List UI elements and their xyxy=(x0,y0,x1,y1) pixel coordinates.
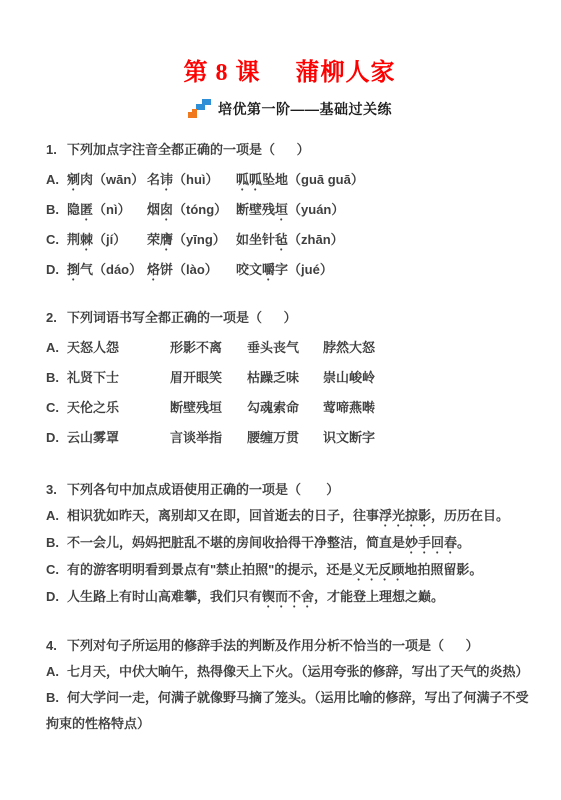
text-segment: 断壁残 xyxy=(236,202,275,217)
dotted-text: 浮光掠影 xyxy=(379,508,431,523)
option-item: 腰缠万贯 xyxy=(247,423,323,453)
text-segment: （jí） xyxy=(93,232,126,247)
text-segment: （tóng） xyxy=(173,202,227,217)
text-segment: 如坐针 xyxy=(236,232,275,247)
question-1: 1.下列加点字注音全都正确的一项是（ ）A.剜肉（wān）名讳（huì）呱呱坠地… xyxy=(46,135,533,285)
option-label: B. xyxy=(46,530,67,556)
option-row-b: B.不一会儿，妈妈把脏乱不堪的房间收拾得干净整洁，简直是妙手回春。 xyxy=(46,530,533,557)
option-label: D. xyxy=(46,255,67,285)
option-row-a: A.天怒人怨形影不离垂头丧气脖然大怒 xyxy=(46,333,533,363)
option-item: 天怒人怨 xyxy=(67,333,170,363)
dotted-text: 捯 xyxy=(67,262,80,277)
text-segment: （zhān） xyxy=(288,232,344,247)
questions: 1.下列加点字注音全都正确的一项是（ ）A.剜肉（wān）名讳（huì）呱呱坠地… xyxy=(46,135,533,737)
option-item: 剜肉（wān） xyxy=(67,165,147,195)
page: 第 8 课 蒲柳人家 培优第一阶——基础过关练 1.下列加点字注音全都正确的一项… xyxy=(0,0,561,800)
option-text: 七月天，中伏大晌午，热得像天上下火。（运用夸张的修辞，写出了天气的炎热） xyxy=(67,664,529,679)
text-segment: （huì） xyxy=(173,172,219,187)
lesson-title: 第 8 课 蒲柳人家 xyxy=(46,58,533,88)
question-stem-text: 下列词语书写全都正确的一项是（ ） xyxy=(67,310,297,325)
option-item: 荣膺（yīng） xyxy=(147,225,236,255)
option-row-c: C.荆棘（jí）荣膺（yīng）如坐针毡（zhān） xyxy=(46,225,533,255)
option-item: 天伦之乐 xyxy=(67,393,170,423)
option-row-a: A.相识犹如昨天，离别却又在即，回首逝去的日子，往事浮光掠影，历历在目。 xyxy=(46,503,533,530)
text-segment: （yīng） xyxy=(173,232,226,247)
dotted-text: 义无反顾 xyxy=(352,562,404,577)
option-item: 言谈举指 xyxy=(170,423,247,453)
dotted-text: 膺 xyxy=(160,232,173,247)
dotted-text: 垣 xyxy=(275,202,288,217)
option-item: 烙饼（lào） xyxy=(147,255,236,285)
option-item: 勾魂索命 xyxy=(247,393,323,423)
option-row-b: B.隐匿（nì）烟囱（tóng）断壁残垣（yuán） xyxy=(46,195,533,225)
question-stem: 3.下列各句中加点成语使用正确的一项是（ ） xyxy=(46,477,533,503)
option-item: 形影不离 xyxy=(170,333,247,363)
option-item: 名讳（huì） xyxy=(147,165,236,195)
question-stem-text: 下列加点字注音全都正确的一项是（ ） xyxy=(67,142,310,157)
option-item: 识文断字 xyxy=(323,423,375,453)
option-label: A. xyxy=(46,333,67,363)
text-segment: 隐 xyxy=(67,202,80,217)
text-segment: 荣 xyxy=(147,232,160,247)
text-segment: 枯躁乏味 xyxy=(247,370,299,385)
dotted-text: 锲而不舍 xyxy=(262,589,314,604)
text-segment: 眉开眼笑 xyxy=(170,370,222,385)
option-item: 枯躁乏味 xyxy=(247,363,323,393)
section-title: 培优第一阶——基础过关练 xyxy=(218,99,392,119)
option-label: C. xyxy=(46,557,67,583)
question-stem: 2.下列词语书写全都正确的一项是（ ） xyxy=(46,303,533,333)
option-row-d: D.云山雾罩言谈举指腰缠万贯识文断字 xyxy=(46,423,533,453)
text-segment: 断壁残垣 xyxy=(170,400,222,415)
text-segment: 天伦之乐 xyxy=(67,400,119,415)
text-segment: 字（jué） xyxy=(275,262,333,277)
option-label: B. xyxy=(46,685,67,711)
text-segment: 咬文 xyxy=(236,262,262,277)
steps-icon xyxy=(187,98,213,119)
option-row-a: A.七月天，中伏大晌午，热得像天上下火。（运用夸张的修辞，写出了天气的炎热） xyxy=(46,659,533,685)
text-segment: 坠地（guā guā） xyxy=(262,172,364,187)
text-segment: 识文断字 xyxy=(323,430,375,445)
steps-icon-orange-part xyxy=(188,109,197,118)
option-text: 人生路上有时山高难攀，我们只有锲而不舍，才能登上理想之巅。 xyxy=(67,589,444,604)
text-segment: 地拍照留影。 xyxy=(404,562,482,577)
text-segment: ，历历在目。 xyxy=(431,508,509,523)
dotted-text: 毡 xyxy=(275,232,288,247)
option-row-a: A.剜肉（wān）名讳（huì）呱呱坠地（guā guā） xyxy=(46,165,533,195)
option-label: D. xyxy=(46,584,67,610)
option-label: A. xyxy=(46,659,67,685)
option-item: 断壁残垣（yuán） xyxy=(236,195,344,225)
text-segment: 饼（lào） xyxy=(160,262,218,277)
dotted-text: 妙手回春 xyxy=(405,535,457,550)
text-segment: 言谈举指 xyxy=(170,430,222,445)
option-item: 捯气（dáo） xyxy=(67,255,147,285)
option-item: 礼贤下士 xyxy=(67,363,170,393)
question-number: 1. xyxy=(46,135,67,165)
option-item: 隐匿（nì） xyxy=(67,195,147,225)
option-row-c: C.天伦之乐断壁残垣勾魂索命莺啼燕啭 xyxy=(46,393,533,423)
option-item: 断壁残垣 xyxy=(170,393,247,423)
question-stem-text: 下列对句子所运用的修辞手法的判断及作用分析不恰当的一项是（ ） xyxy=(67,638,479,653)
option-label: D. xyxy=(46,423,67,453)
option-row-d: D.捯气（dáo）烙饼（lào）咬文嚼字（jué） xyxy=(46,255,533,285)
dotted-text: 嚼 xyxy=(262,262,275,277)
question-stem: 4.下列对句子所运用的修辞手法的判断及作用分析不恰当的一项是（ ） xyxy=(46,633,533,659)
text-segment: 名 xyxy=(147,172,160,187)
text-segment: 脖然大怒 xyxy=(323,340,375,355)
option-item: 如坐针毡（zhān） xyxy=(236,225,344,255)
question-number: 3. xyxy=(46,477,67,503)
steps-icon-blue-part xyxy=(196,99,211,110)
question-number: 2. xyxy=(46,303,67,333)
text-segment: 气（dáo） xyxy=(80,262,142,277)
option-row-b: B.何大学问一走，何满子就像野马摘了笼头。（运用比喻的修辞，写出了何满子不受拘束… xyxy=(46,685,533,737)
option-row-b: B.礼贤下士眉开眼笑枯躁乏味崇山峻岭 xyxy=(46,363,533,393)
option-label: B. xyxy=(46,363,67,393)
option-item: 呱呱坠地（guā guā） xyxy=(236,165,364,195)
dotted-text: 烙 xyxy=(147,262,160,277)
option-item: 莺啼燕啭 xyxy=(323,393,375,423)
option-text: 何大学问一走，何满子就像野马摘了笼头。（运用比喻的修辞，写出了何满子不受拘束的性… xyxy=(46,690,529,731)
option-row-c: C.有的游客明明看到景点有"禁止拍照"的提示，还是义无反顾地拍照留影。 xyxy=(46,557,533,584)
option-label: A. xyxy=(46,503,67,529)
dotted-text: 匿 xyxy=(80,202,93,217)
text-segment: 勾魂索命 xyxy=(247,400,299,415)
text-segment: 崇山峻岭 xyxy=(323,370,375,385)
dotted-text: 讳 xyxy=(160,172,173,187)
text-segment: 有的游客明明看到景点有"禁止拍照"的提示，还是 xyxy=(67,562,352,577)
question-stem-text: 下列各句中加点成语使用正确的一项是（ ） xyxy=(67,482,339,497)
text-segment: 腰缠万贯 xyxy=(247,430,299,445)
text-segment: 相识犹如昨天，离别却又在即，回首逝去的日子，往事 xyxy=(67,508,379,523)
question-number: 4. xyxy=(46,633,67,659)
text-segment: 何大学问一走，何满子就像野马摘了笼头。（运用比喻的修辞，写出了何满子不受拘束的性… xyxy=(46,690,529,731)
section-header: 培优第一阶——基础过关练 xyxy=(46,98,533,119)
text-segment: 荆 xyxy=(67,232,80,247)
text-segment: 。 xyxy=(457,535,470,550)
dotted-text: 囱 xyxy=(160,202,173,217)
option-item: 云山雾罩 xyxy=(67,423,170,453)
text-segment: ，才能登上理想之巅。 xyxy=(314,589,444,604)
question-3: 3.下列各句中加点成语使用正确的一项是（ ）A.相识犹如昨天，离别却又在即，回首… xyxy=(46,477,533,611)
text-segment: 垂头丧气 xyxy=(247,340,299,355)
text-segment: 形影不离 xyxy=(170,340,222,355)
text-segment: 烟 xyxy=(147,202,160,217)
option-item: 烟囱（tóng） xyxy=(147,195,236,225)
option-item: 眉开眼笑 xyxy=(170,363,247,393)
option-item: 垂头丧气 xyxy=(247,333,323,363)
option-item: 荆棘（jí） xyxy=(67,225,147,255)
text-segment: 莺啼燕啭 xyxy=(323,400,375,415)
option-text: 不一会儿，妈妈把脏乱不堪的房间收拾得干净整洁，简直是妙手回春。 xyxy=(67,535,470,550)
text-segment: 不一会儿，妈妈把脏乱不堪的房间收拾得干净整洁，简直是 xyxy=(67,535,405,550)
question-stem: 1.下列加点字注音全都正确的一项是（ ） xyxy=(46,135,533,165)
option-label: B. xyxy=(46,195,67,225)
option-label: A. xyxy=(46,165,67,195)
text-segment: 天怒人怨 xyxy=(67,340,119,355)
text-segment: （nì） xyxy=(93,202,131,217)
text-segment: （yuán） xyxy=(288,202,344,217)
text-segment: 云山雾罩 xyxy=(67,430,119,445)
option-item: 脖然大怒 xyxy=(323,333,375,363)
question-4: 4.下列对句子所运用的修辞手法的判断及作用分析不恰当的一项是（ ）A.七月天，中… xyxy=(46,633,533,737)
text-segment: 礼贤下士 xyxy=(67,370,119,385)
dotted-text: 棘 xyxy=(80,232,93,247)
option-text: 相识犹如昨天，离别却又在即，回首逝去的日子，往事浮光掠影，历历在目。 xyxy=(67,508,509,523)
text-segment: 肉（wān） xyxy=(80,172,144,187)
option-item: 崇山峻岭 xyxy=(323,363,375,393)
option-item: 咬文嚼字（jué） xyxy=(236,255,333,285)
option-label: C. xyxy=(46,225,67,255)
text-segment: 人生路上有时山高难攀，我们只有 xyxy=(67,589,262,604)
option-row-d: D.人生路上有时山高难攀，我们只有锲而不舍，才能登上理想之巅。 xyxy=(46,584,533,611)
dotted-text: 呱呱 xyxy=(236,172,262,187)
text-segment: 七月天，中伏大晌午，热得像天上下火。（运用夸张的修辞，写出了天气的炎热） xyxy=(67,664,529,679)
option-text: 有的游客明明看到景点有"禁止拍照"的提示，还是义无反顾地拍照留影。 xyxy=(67,562,482,577)
dotted-text: 剜 xyxy=(67,172,80,187)
option-label: C. xyxy=(46,393,67,423)
question-2: 2.下列词语书写全都正确的一项是（ ）A.天怒人怨形影不离垂头丧气脖然大怒B.礼… xyxy=(46,303,533,453)
